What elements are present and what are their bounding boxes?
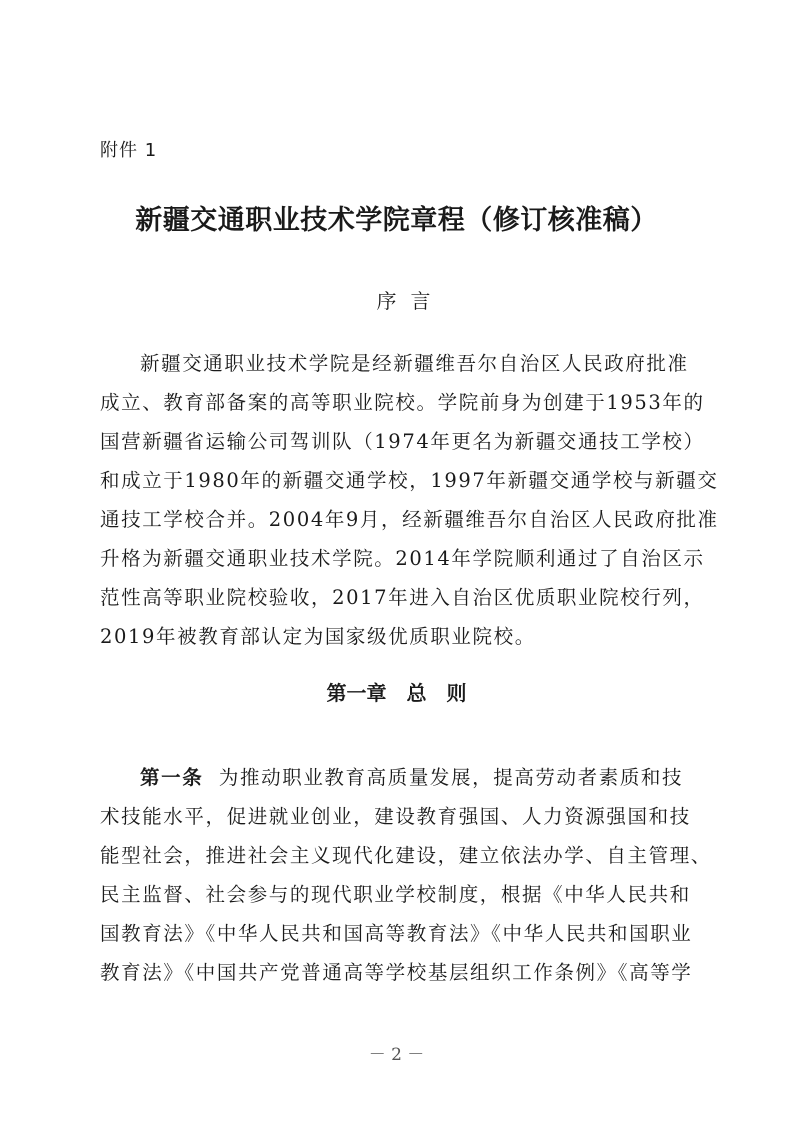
paragraph-line: 成立、教育部备案的高等职业院校。学院前身为创建于1953年的 bbox=[100, 383, 695, 422]
document-title: 新疆交通职业技术学院章程（修订核准稿） bbox=[0, 198, 793, 237]
preface-heading: 序言 bbox=[0, 285, 793, 314]
paragraph-line: 和成立于1980年的新疆交通学校，1997年新疆交通学校与新疆交 bbox=[100, 461, 695, 500]
chapter-heading: 第一章总则 bbox=[0, 677, 793, 706]
article-text: 为推动职业教育高质量发展，提高劳动者素质和技 bbox=[219, 766, 683, 789]
article-label: 第一条 bbox=[140, 766, 203, 789]
page-number: － 2 － bbox=[0, 1040, 793, 1065]
paragraph-line: 新疆交通职业技术学院是经新疆维吾尔自治区人民政府批准 bbox=[100, 344, 695, 383]
paragraph-line: 民主监督、社会参与的现代职业学校制度，根据《中华人民共和 bbox=[100, 875, 695, 914]
article-paragraph: 第一条 为推动职业教育高质量发展，提高劳动者素质和技 术技能水平，促进就业创业，… bbox=[100, 758, 695, 992]
paragraph-line: 能型社会，推进社会主义现代化建设，建立依法办学、自主管理、 bbox=[100, 836, 695, 875]
paragraph-line: 教育法》《中国共产党普通高等学校基层组织工作条例》《高等学 bbox=[100, 953, 695, 992]
paragraph-line: 升格为新疆交通职业技术学院。2014年学院顺利通过了自治区示 bbox=[100, 539, 695, 578]
paragraph-line: 范性高等职业院校验收，2017年进入自治区优质职业院校行列， bbox=[100, 578, 695, 617]
attachment-label: 附件 1 bbox=[100, 136, 157, 162]
paragraph-line: 第一条 为推动职业教育高质量发展，提高劳动者素质和技 bbox=[100, 758, 695, 797]
paragraph-line: 2019年被教育部认定为国家级优质职业院校。 bbox=[100, 617, 695, 656]
chapter-title-char: 则 bbox=[447, 681, 467, 705]
paragraph-line: 术技能水平，促进就业创业，建设教育强国、人力资源强国和技 bbox=[100, 797, 695, 836]
chapter-number: 第一章 bbox=[327, 681, 387, 705]
paragraph-line: 国教育法》《中华人民共和国高等教育法》《中华人民共和国职业 bbox=[100, 914, 695, 953]
preface-paragraph: 新疆交通职业技术学院是经新疆维吾尔自治区人民政府批准 成立、教育部备案的高等职业… bbox=[100, 344, 695, 656]
chapter-title-char: 总 bbox=[407, 681, 427, 705]
paragraph-line: 通技工学校合并。2004年9月，经新疆维吾尔自治区人民政府批准 bbox=[100, 500, 695, 539]
document-page: 附件 1 新疆交通职业技术学院章程（修订核准稿） 序言 新疆交通职业技术学院是经… bbox=[0, 0, 793, 1121]
paragraph-line: 国营新疆省运输公司驾训队（1974年更名为新疆交通技工学校） bbox=[100, 422, 695, 461]
